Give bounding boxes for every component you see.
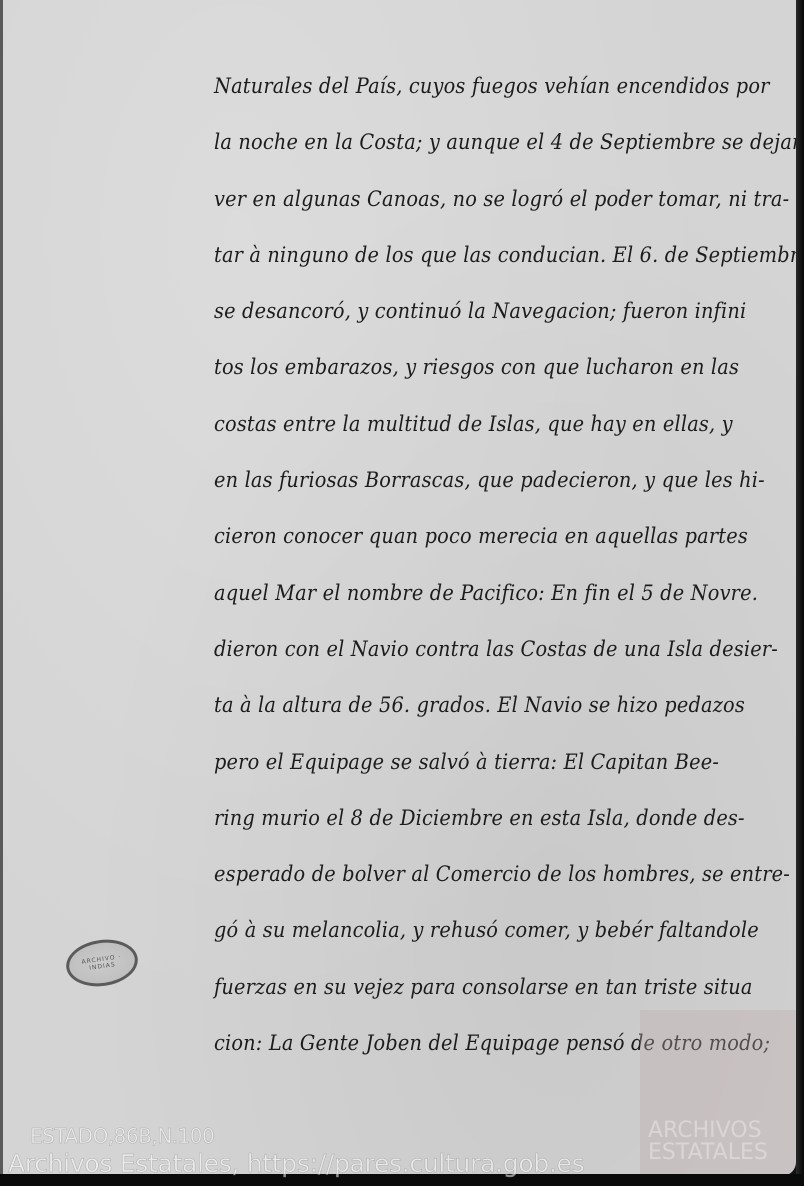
seal-text: ARCHIVO · INDIAS <box>68 951 135 974</box>
page-left-edge <box>0 0 3 1176</box>
manuscript-line-7: costas entre la multitud de Islas, que h… <box>214 396 748 452</box>
manuscript-line-6: tos los embarazos, y riesgos con que luc… <box>214 339 748 395</box>
manuscript-page: Naturales del País, cuyos fuegos vehían … <box>0 0 796 1176</box>
logo-line-1: ARCHIVOS <box>648 1120 768 1142</box>
manuscript-line-12: ta à la altura de 56. grados. El Navio s… <box>214 677 748 733</box>
manuscript-text-block: Naturales del País, cuyos fuegos vehían … <box>214 58 794 1071</box>
document-reference: ESTADO,86B,N.100 <box>30 1124 214 1148</box>
manuscript-line-14: ring murio el 8 de Diciembre en esta Isl… <box>214 790 748 846</box>
manuscript-line-4: tar à ninguno de los que las conducian. … <box>214 227 748 283</box>
page-right-shadow <box>796 0 804 1186</box>
manuscript-line-5: se desancoró, y continuó la Navegacion; … <box>214 283 748 339</box>
manuscript-line-17: fuerzas en su vejez para consolarse en t… <box>214 959 748 1015</box>
archive-source-credit: Archivos Estatales, https://pares.cultur… <box>8 1149 584 1178</box>
manuscript-line-3: ver en algunas Canoas, no se logró el po… <box>214 171 748 227</box>
manuscript-line-9: cieron conocer quan poco merecia en aque… <box>214 508 748 564</box>
manuscript-line-1: Naturales del País, cuyos fuegos vehían … <box>214 58 748 114</box>
manuscript-line-11: dieron con el Navio contra las Costas de… <box>214 621 748 677</box>
logo-line-2: ESTATALES <box>648 1142 768 1164</box>
archive-seal-stamp-icon: ARCHIVO · INDIAS <box>63 935 141 991</box>
manuscript-line-13: pero el Equipage se salvó à tierra: El C… <box>214 734 748 790</box>
archivos-estatales-logo-icon: ARCHIVOS ESTATALES <box>648 1120 768 1164</box>
manuscript-line-8: en las furiosas Borrascas, que padeciero… <box>214 452 748 508</box>
manuscript-line-16: gó à su melancolia, y rehusó comer, y be… <box>214 902 748 958</box>
manuscript-line-15: esperado de bolver al Comercio de los ho… <box>214 846 748 902</box>
manuscript-line-2: la noche en la Costa; y aunque el 4 de S… <box>214 114 748 170</box>
manuscript-line-10: aquel Mar el nombre de Pacifico: En fin … <box>214 565 748 621</box>
